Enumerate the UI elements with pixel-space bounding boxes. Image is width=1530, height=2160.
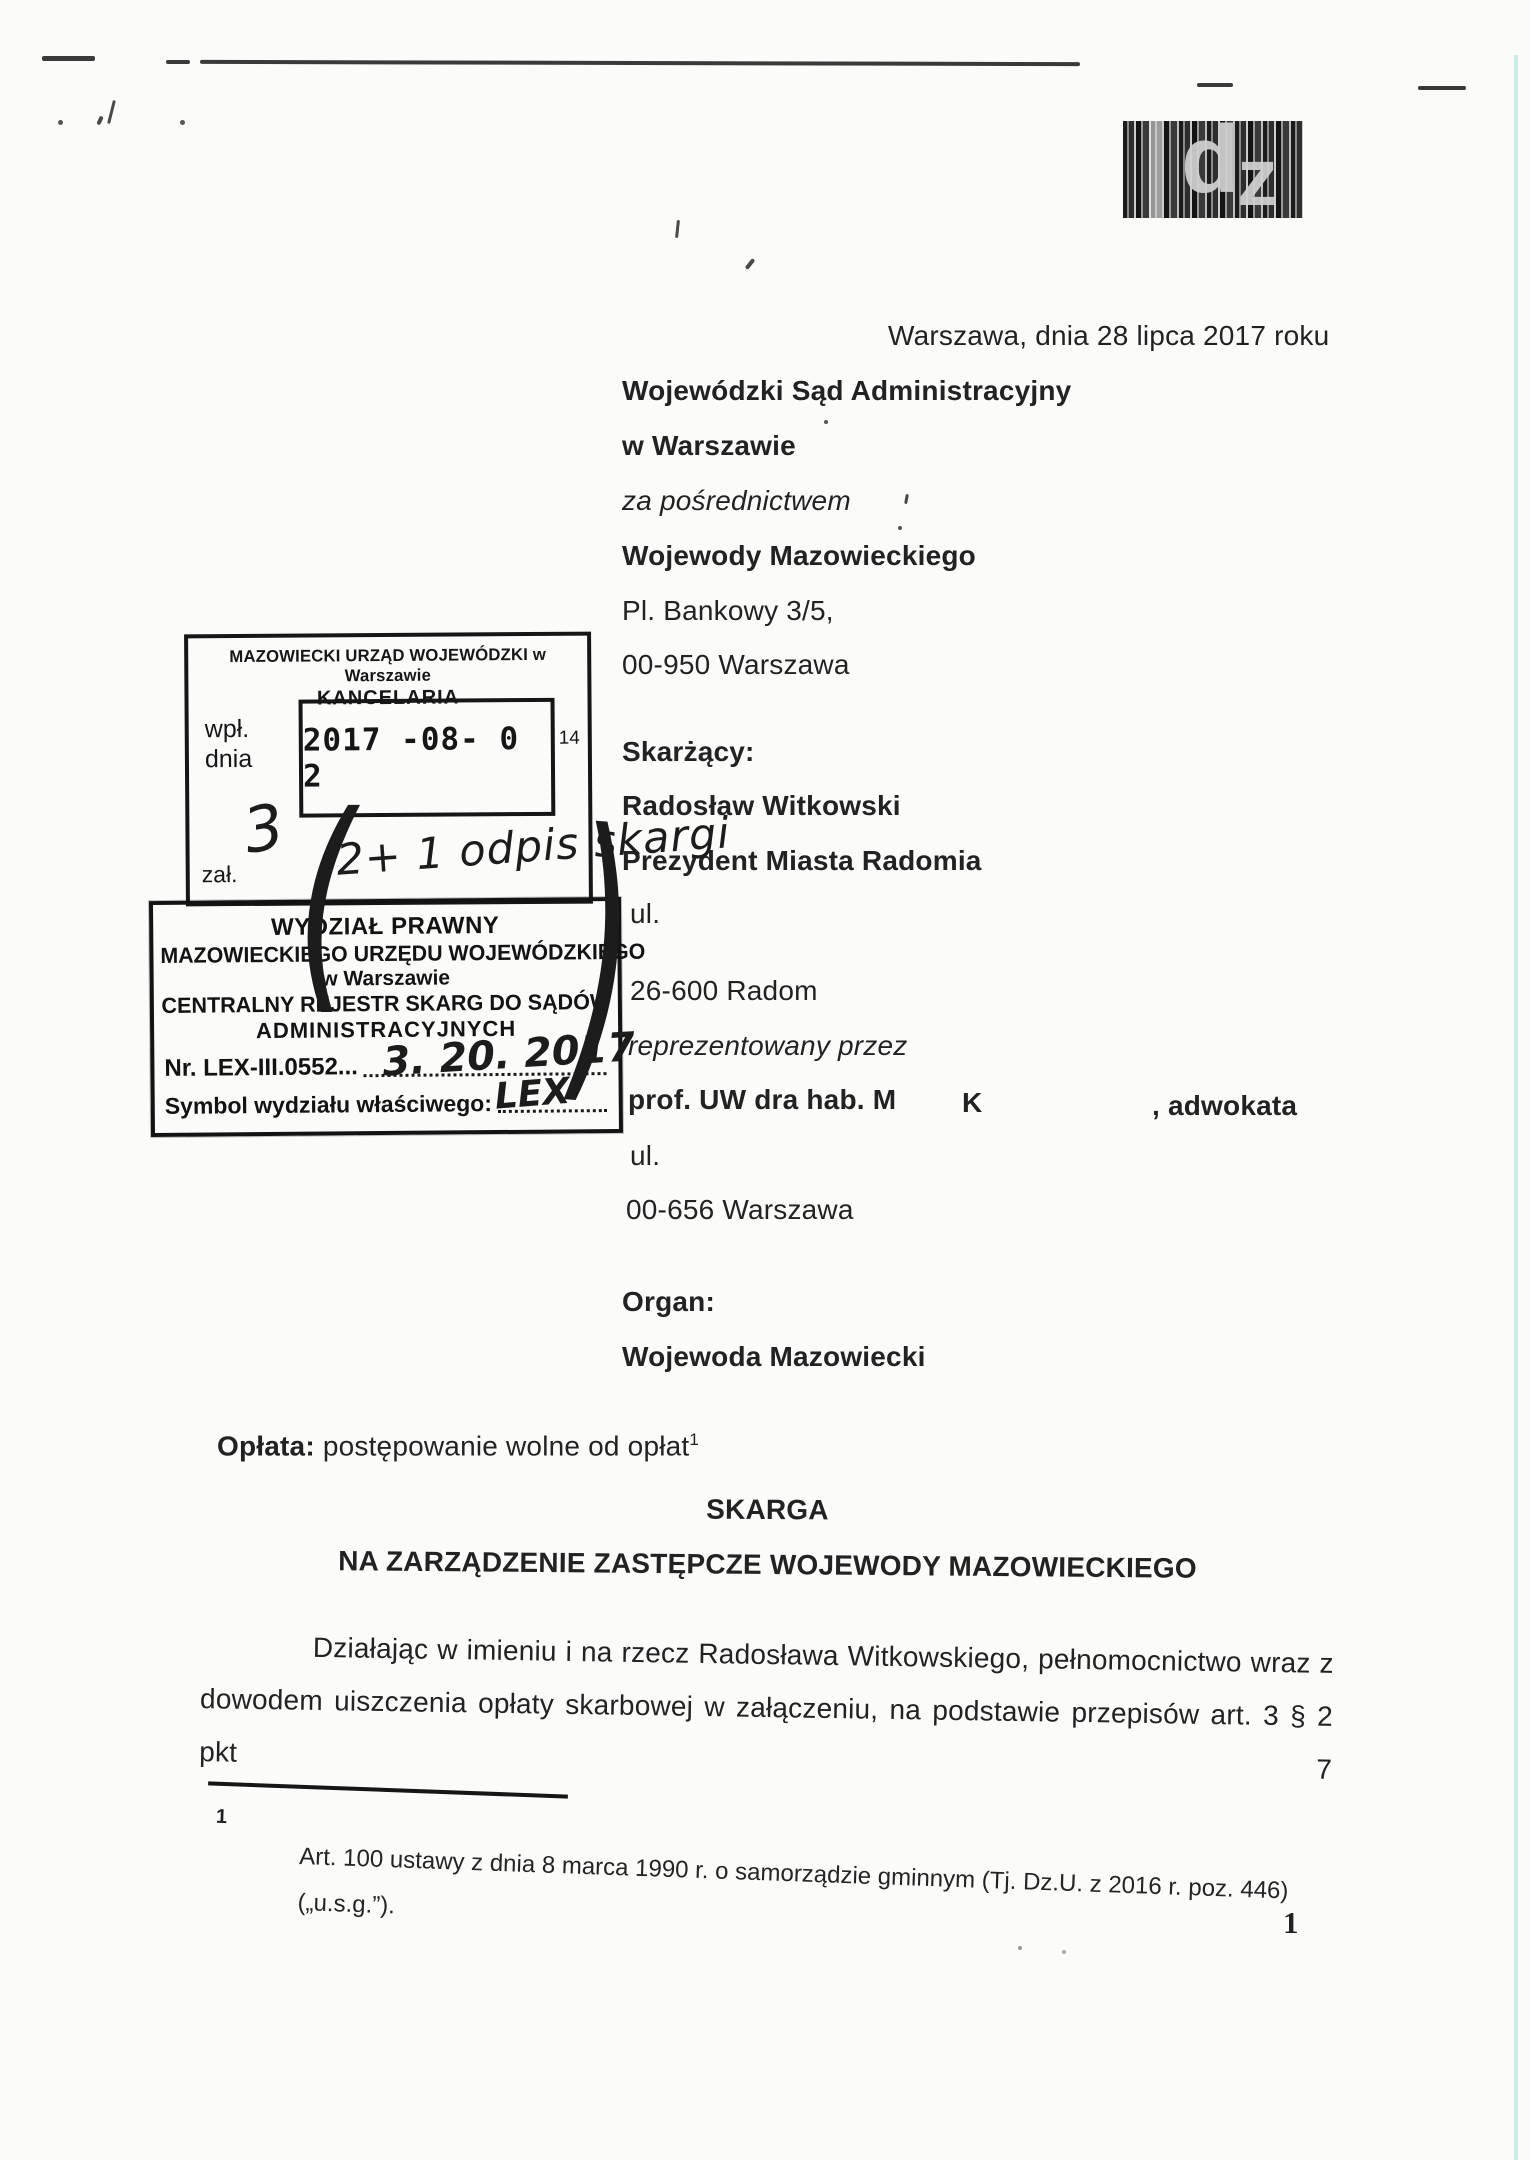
kancelaria-stamp-received-label: wpł. dnia (205, 714, 253, 774)
organ-name: Wojewoda Mazowiecki (622, 1341, 926, 1373)
court-name: Wojewódzki Sąd Administracyjny (622, 375, 1071, 407)
registry-stamp-symbol-label: Symbol wydziału właściwego: (165, 1090, 492, 1120)
scan-artifact-line (42, 56, 95, 61)
fee-footnote-ref: 1 (689, 1430, 699, 1449)
document-subtitle: NA ZARZĄDZENIE ZASTĘPCZE WOJEWODY MAZOWI… (200, 1544, 1335, 1586)
scan-artifact-line (200, 60, 1080, 66)
footnote-marker: 1 (216, 1806, 228, 1829)
scan-speck (58, 120, 63, 125)
attorney-initial: K (962, 1087, 982, 1119)
organ-label: Organ: (622, 1286, 715, 1318)
scan-speck (96, 116, 103, 126)
registry-stamp-symbol-field: Symbol wydziału właściwego: LEX (165, 1089, 609, 1120)
represented-by: reprezentowany przez (628, 1030, 907, 1062)
handwritten-paren-close: ) (573, 794, 637, 1113)
fee-text: postępowanie wolne od opłat (315, 1430, 690, 1461)
barcode-letter-d: d (1181, 121, 1240, 215)
footnote-text: Art. 100 ustawy z dnia 8 marca 1990 r. o… (297, 1834, 1300, 1961)
body-paragraph: Działając w imieniu i na rzecz Radosława… (199, 1619, 1334, 1796)
barcode-gap (1149, 121, 1162, 218)
scan-edge-line (1514, 55, 1518, 2160)
attorney-street: ul. (630, 1140, 660, 1172)
court-city: w Warszawie (622, 430, 796, 462)
fee-label: Opłata: (217, 1430, 315, 1461)
barcode: d z (1123, 121, 1303, 218)
kancelaria-stamp-attachments-label: zał. (202, 861, 238, 888)
scan-speck (898, 526, 902, 530)
handwritten-paren-open: ( (296, 786, 355, 1019)
scan-speck (107, 100, 116, 124)
registry-stamp-number-label: Nr. LEX-III.0552... (164, 1053, 358, 1083)
fee-line: Opłata: postępowanie wolne od opłat1 (217, 1430, 699, 1462)
registry-stamp: WYDZIAŁ PRAWNY MAZOWIECKIEGO URZĘDU WOJE… (149, 897, 623, 1137)
scan-speck (904, 494, 909, 504)
attorney-postal-city: 00-656 Warszawa (626, 1194, 854, 1226)
page-number: 1 (1283, 1905, 1299, 1941)
barcode-letter-z: z (1237, 131, 1278, 218)
attorney-name: prof. UW dra hab. M (628, 1084, 896, 1116)
registry-stamp-line2: MAZOWIECKIEGO URZĘDU WOJEWÓDZKIEGO (160, 939, 610, 969)
handwritten-department-symbol: LEX (493, 1071, 571, 1118)
scan-artifact-line (166, 60, 190, 64)
scan-artifact-line (1197, 83, 1233, 87)
document-title: SKARGA (200, 1491, 1335, 1529)
scan-speck (745, 258, 756, 270)
scan-speck (824, 420, 828, 424)
scan-speck (180, 120, 185, 125)
footnote-rule (208, 1781, 568, 1798)
scanned-document-page: d z Warszawa, dnia 28 lipca 2017 roku Wo… (0, 0, 1530, 2160)
registry-stamp-line4: CENTRALNY REJESTR SKARG DO SĄDÓW (158, 989, 613, 1019)
kancelaria-stamp-office: MAZOWIECKI URZĄD WOJEWÓDZKI w Warszawie (192, 645, 583, 688)
date-line: Warszawa, dnia 28 lipca 2017 roku (888, 320, 1329, 352)
court-postal-city: 00-950 Warszawa (622, 649, 850, 681)
scan-artifact-line (1418, 86, 1466, 90)
scan-speck (675, 220, 680, 238)
kancelaria-stamp-number: 14 (559, 728, 580, 750)
complainant-postal-city: 26-600 Radom (630, 975, 818, 1007)
registry-stamp-line1: WYDZIAŁ PRAWNY (153, 911, 617, 943)
via-label: za pośrednictwem (622, 485, 851, 517)
via-organ: Wojewody Mazowieckiego (622, 540, 976, 572)
attorney-suffix: , adwokata (1152, 1090, 1297, 1122)
court-street: Pl. Bankowy 3/5, (622, 595, 834, 627)
complainant-label: Skarżący: (622, 736, 755, 768)
